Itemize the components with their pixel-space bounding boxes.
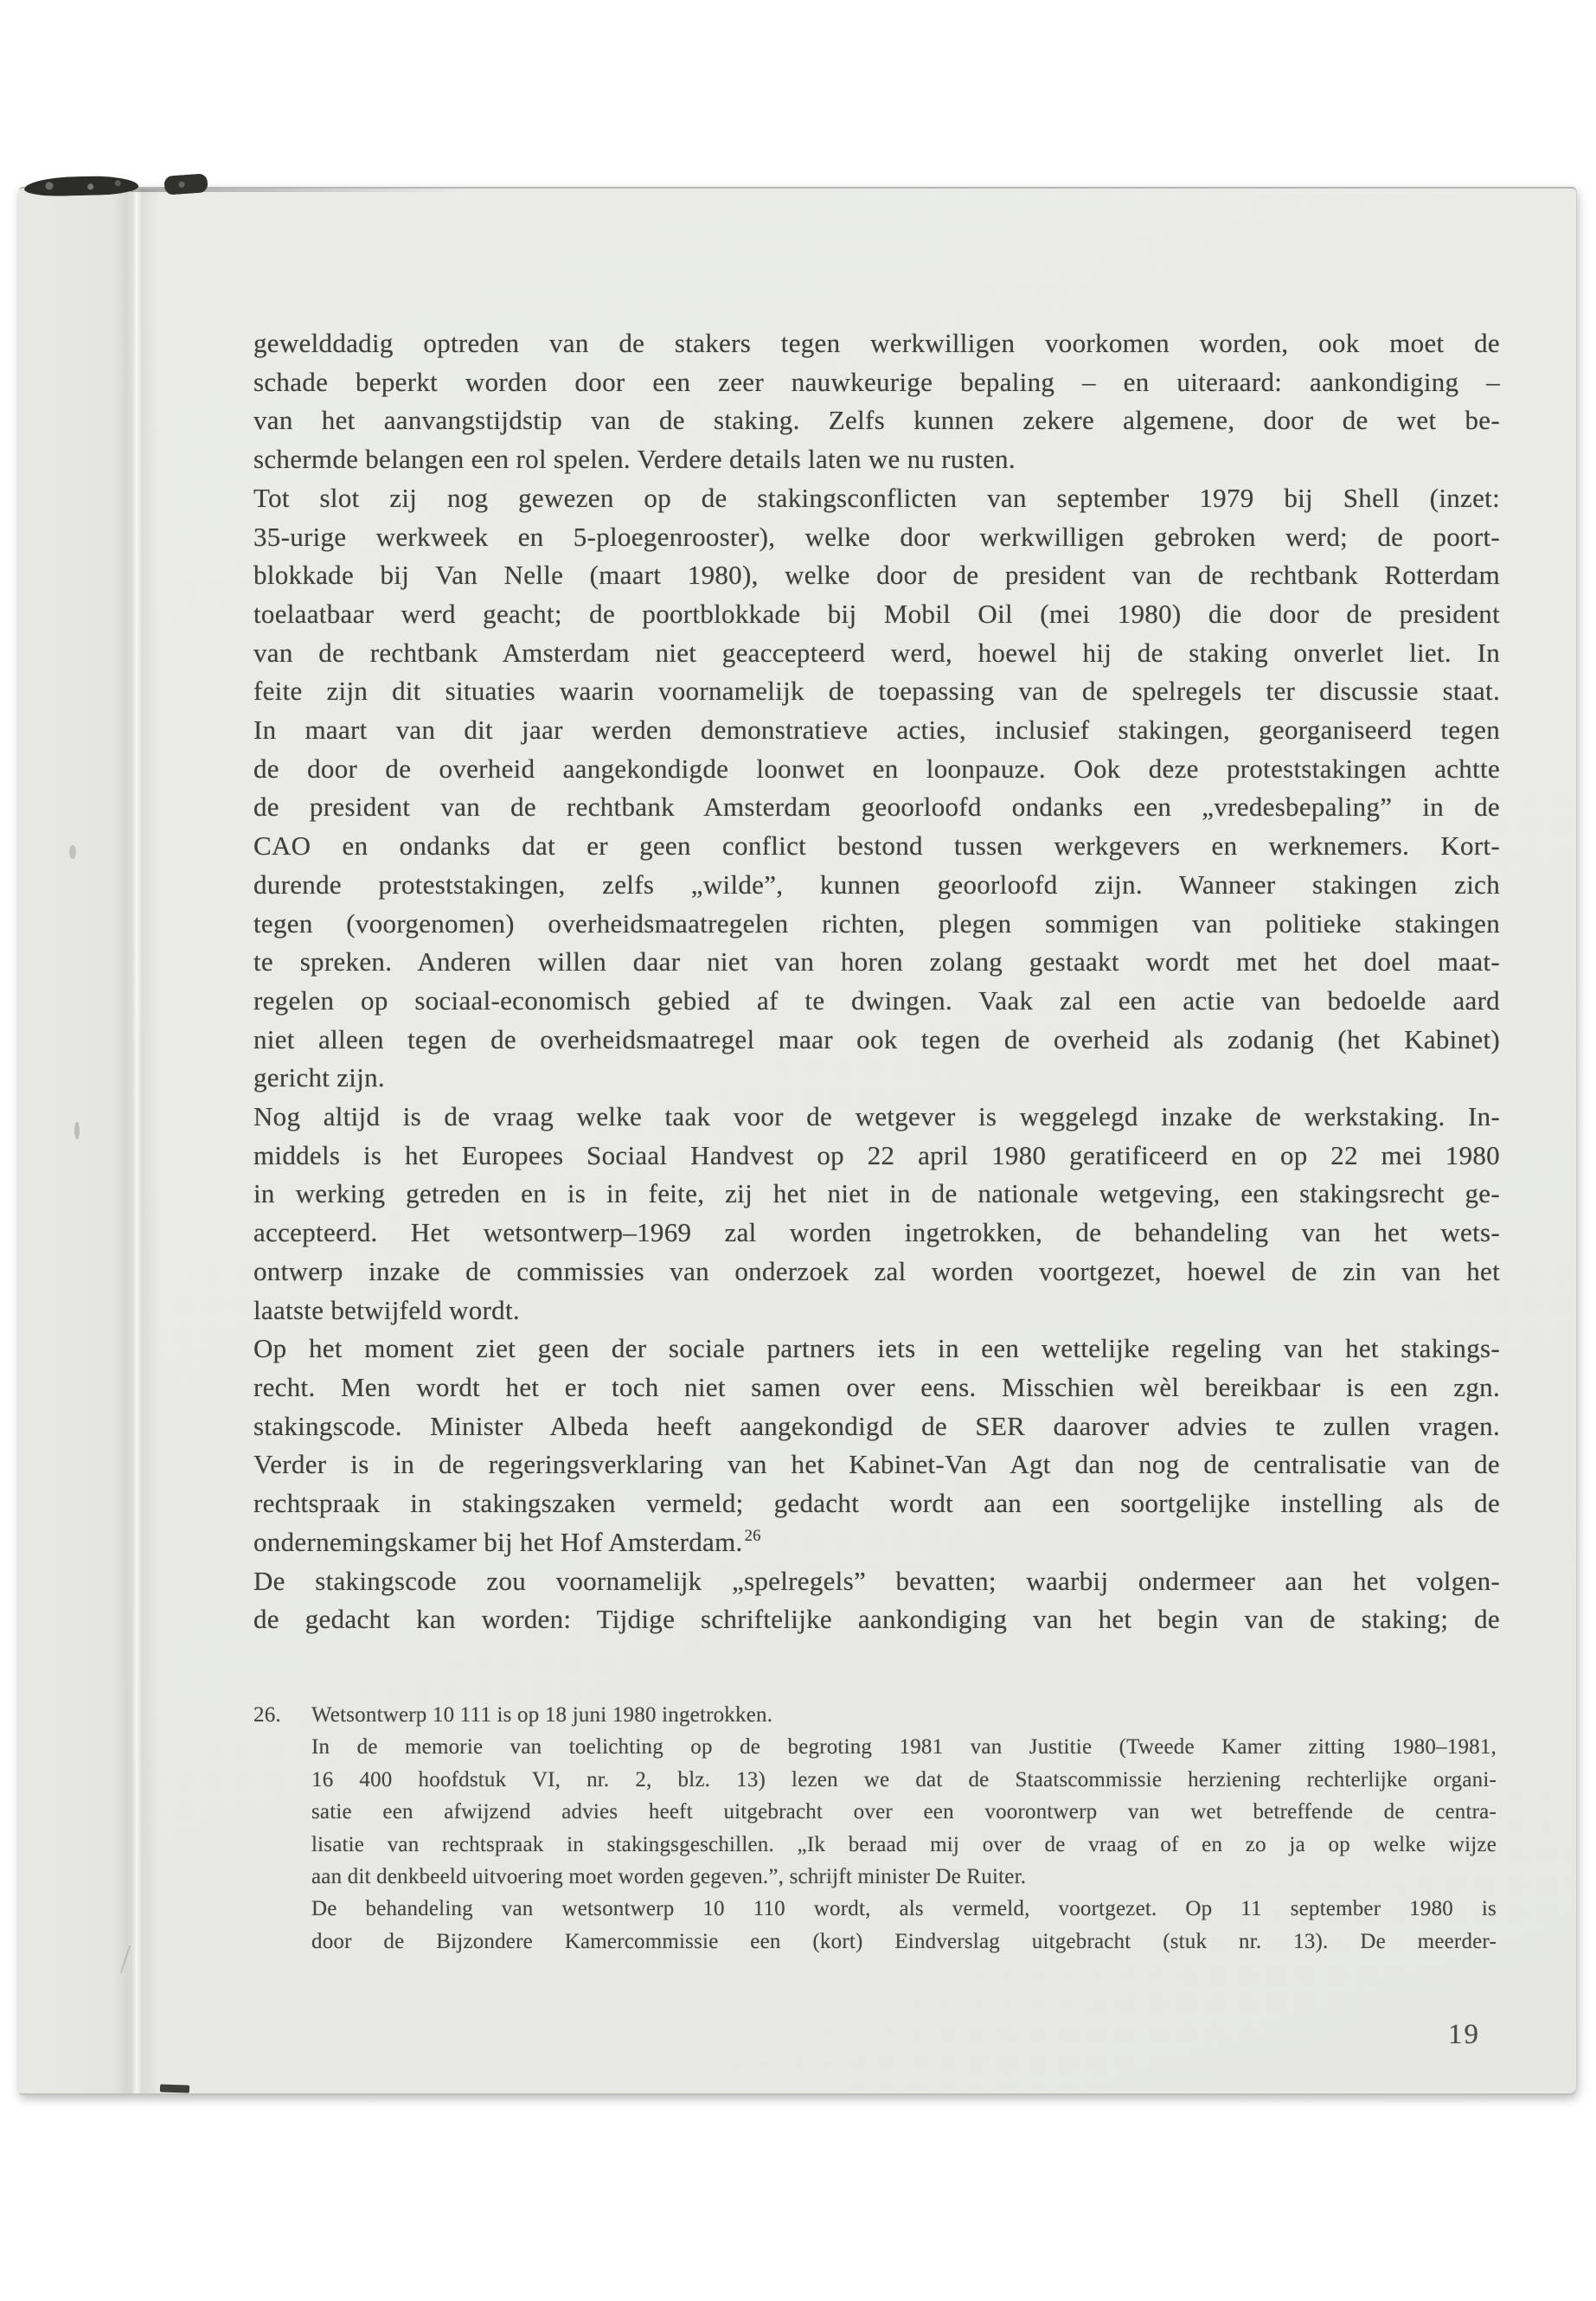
text-line: feite zijn dit situaties waarin voorname…	[253, 672, 1500, 711]
text-line: de gedacht kan worden: Tijdige schriftel…	[253, 1600, 1500, 1639]
text-line: gericht zijn.	[253, 1059, 1500, 1098]
text-line: te spreken. Anderen willen daar niet van…	[253, 943, 1500, 982]
text-line: door de Bijzondere Kamercommissie een (k…	[311, 1926, 1497, 1958]
text-line: middels is het Europees Sociaal Handvest…	[253, 1137, 1500, 1176]
text-line: accepteerd. Het wetsontwerp–1969 zal wor…	[253, 1214, 1500, 1253]
page-edge-speck	[74, 1122, 80, 1139]
page-edge-speck	[69, 845, 76, 859]
text-line: durende proteststakingen, zelfs „wilde”,…	[253, 866, 1500, 905]
text-line: De behandeling van wetsontwerp 10 110 wo…	[311, 1893, 1497, 1925]
text-line: CAO en ondanks dat er geen conflict best…	[253, 827, 1500, 866]
text-line: aan dit denkbeeld uitvoering moet worden…	[311, 1861, 1497, 1893]
text-line: stakingscode. Minister Albeda heeft aang…	[253, 1407, 1500, 1446]
text-line: blokkade bij Van Nelle (maart 1980), wel…	[253, 556, 1500, 595]
text-line: lisatie van rechtspraak in stakingsgesch…	[311, 1829, 1497, 1861]
footnote-marker: 26.	[253, 1699, 281, 1731]
text-line: Nog altijd is de vraag welke taak voor d…	[253, 1098, 1500, 1137]
gutter-crease	[114, 189, 159, 2093]
text-line: regelen op sociaal-economisch gebied af …	[253, 982, 1500, 1021]
footnote-block: 26. Wetsontwerp 10 111 is op 18 juni 198…	[253, 1699, 1497, 1958]
bottom-edge-mark	[160, 2084, 189, 2093]
text-line: Tot slot zij nog gewezen op de stakingsc…	[253, 479, 1500, 518]
footnote-reference: 26	[745, 1527, 761, 1545]
page-number: 19	[1448, 2019, 1509, 2051]
text-line: gewelddadig optreden van de stakers tege…	[253, 324, 1500, 363]
text-line: 35-urige werkweek en 5-ploegenrooster), …	[253, 518, 1500, 557]
text-line: in werking getreden en is in feite, zij …	[253, 1175, 1500, 1214]
text-line: rechtspraak in stakingszaken vermeld; ge…	[253, 1484, 1500, 1523]
text-line: schermde belangen een rol spelen. Verder…	[253, 440, 1500, 479]
text-line: laatste betwijfeld wordt.	[253, 1292, 1500, 1330]
text-line: In de memorie van toelichting op de begr…	[311, 1731, 1497, 1763]
text-line: van de rechtbank Amsterdam niet geaccept…	[253, 634, 1500, 673]
text-line: ondernemingskamer bij het Hof Amsterdam.…	[253, 1523, 1500, 1562]
footnote-text: Wetsontwerp 10 111 is op 18 juni 1980 in…	[311, 1699, 1497, 1958]
binder-clip-mark-small	[163, 173, 208, 195]
text-line: 16 400 hoofdstuk VI, nr. 2, blz. 13) lez…	[311, 1764, 1497, 1796]
text-line: In maart van dit jaar werden demonstrati…	[253, 711, 1500, 750]
body-text: gewelddadig optreden van de stakers tege…	[253, 324, 1500, 1639]
previous-pages-edge	[19, 189, 128, 2093]
text-line: schade beperkt worden door een zeer nauw…	[253, 363, 1500, 402]
book-page-photo: gewelddadig optreden van de stakers tege…	[19, 187, 1577, 2095]
text-line: De stakingscode zou voornamelijk „spelre…	[253, 1562, 1500, 1601]
text-line: de door de overheid aangekondigde loonwe…	[253, 750, 1500, 789]
text-line: toelaatbaar werd geacht; de poortblokkad…	[253, 595, 1500, 634]
text-line: ontwerp inzake de commissies van onderzo…	[253, 1253, 1500, 1292]
text-line: recht. Men wordt het er toch niet samen …	[253, 1368, 1500, 1407]
text-line: de president van de rechtbank Amsterdam …	[253, 788, 1500, 827]
text-line: tegen (voorgenomen) overheidsmaatregelen…	[253, 905, 1500, 944]
text-line: Verder is in de regeringsverklaring van …	[253, 1445, 1500, 1484]
text-line: niet alleen tegen de overheidsmaatregel …	[253, 1021, 1500, 1060]
text-line: van het aanvangstijdstip van de staking.…	[253, 401, 1500, 440]
text-line: Op het moment ziet geen der sociale part…	[253, 1330, 1500, 1368]
text-line: satie een afwijzend advies heeft uitgebr…	[311, 1796, 1497, 1828]
text-line: Wetsontwerp 10 111 is op 18 juni 1980 in…	[311, 1699, 1497, 1731]
